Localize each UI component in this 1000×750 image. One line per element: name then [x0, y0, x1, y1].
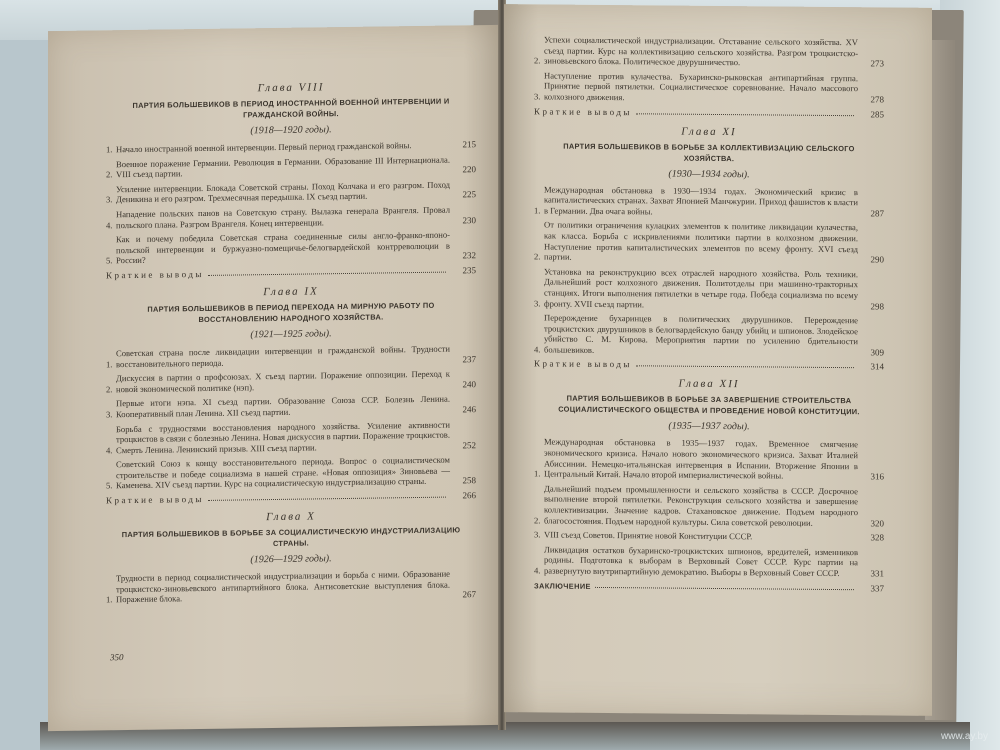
toc-summary: Краткие выводы285: [534, 106, 884, 119]
chapter-label: Глава IX: [106, 283, 476, 300]
right-page: 2.Успехи социалистической индустриализац…: [504, 4, 932, 716]
chapter-years: (1935—1937 годы).: [534, 420, 884, 434]
page-number: 225: [450, 190, 476, 201]
chapter-title: ПАРТИЯ БОЛЬШЕВИКОВ В БОРЬБЕ ЗА ЗАВЕРШЕНИ…: [544, 393, 874, 418]
left-page-contents: Глава VIII ПАРТИЯ БОЛЬШЕВИКОВ В ПЕРИОД И…: [106, 73, 476, 609]
toc-entry: 2.Дискуссия в партии о профсоюзах. X съе…: [106, 368, 476, 394]
chapter-x: Глава X ПАРТИЯ БОЛЬШЕВИКОВ В БОРЬБЕ ЗА С…: [106, 508, 476, 605]
toc-entry: 3.Первые итоги нэпа. XI съезд партии. Об…: [106, 393, 476, 419]
chapter-title: ПАРТИЯ БОЛЬШЕВИКОВ В ПЕРИОД ИНОСТРАННОЙ …: [116, 95, 466, 122]
toc-summary: Краткие выводы266: [106, 490, 476, 505]
page-number: 267: [450, 589, 476, 600]
page-folio: 350: [110, 652, 124, 662]
page-number: 337: [858, 583, 884, 593]
toc-entry: 1.Международная обстановка в 1930—1934 г…: [534, 184, 884, 219]
page-number: 235: [450, 265, 476, 275]
page-number: 285: [858, 109, 884, 119]
page-number: 258: [450, 476, 476, 487]
dot-leader: [595, 587, 854, 590]
page-number: 314: [858, 362, 884, 372]
toc-entry: 5.Как и почему победила Советская страна…: [106, 229, 476, 266]
right-page-contents: 2.Успехи социалистической индустриализац…: [534, 34, 884, 601]
chapter-label: Глава XII: [534, 377, 884, 392]
toc-entry: 2.От политики ограничения кулацких элеме…: [534, 220, 884, 265]
toc-entry: 4.Ликвидация остатков бухаринско-троцкис…: [534, 544, 884, 579]
chapter-title: ПАРТИЯ БОЛЬШЕВИКОВ В БОРЬБЕ ЗА КОЛЛЕКТИВ…: [544, 140, 874, 165]
chapter-years: (1918—1920 годы).: [106, 122, 476, 138]
chapter-title: ПАРТИЯ БОЛЬШЕВИКОВ В БОРЬБЕ ЗА СОЦИАЛИСТ…: [116, 524, 466, 551]
dot-leader: [636, 113, 854, 116]
chapter-years: (1926—1929 годы).: [106, 551, 476, 567]
toc-entry: 4.Борьба с трудностями восстановления на…: [106, 419, 476, 456]
page-number: 240: [450, 379, 476, 390]
toc-entry: 1.Советская страна после ликвидации инте…: [106, 343, 476, 369]
page-number: 215: [450, 139, 476, 150]
chapter-label: Глава XI: [534, 124, 884, 139]
page-number: 278: [858, 94, 884, 105]
toc-entry: 2.Дальнейший подъем промышленности и сел…: [534, 483, 884, 528]
toc-entry: 1.Начало иностранной военной интервенции…: [106, 139, 476, 155]
page-number: 252: [450, 440, 476, 451]
chapter-label: Глава X: [106, 508, 476, 525]
toc-entry: 3.Усиление интервенции. Блокада Советско…: [106, 179, 476, 205]
dot-leader: [208, 272, 446, 276]
left-page: Глава VIII ПАРТИЯ БОЛЬШЕВИКОВ В ПЕРИОД И…: [48, 25, 500, 731]
page-number: 266: [450, 490, 476, 500]
chapter-label: Глава VIII: [106, 79, 476, 96]
dot-leader: [208, 497, 446, 501]
chapter-years: (1930—1934 годы).: [534, 167, 884, 181]
toc-entry: 2.Военное поражение Германии. Революция …: [106, 154, 476, 180]
page-number: 316: [858, 471, 884, 482]
toc-entry: 2.Успехи социалистической индустриализац…: [534, 34, 884, 69]
page-number: 287: [858, 208, 884, 219]
toc-entry: 3.VIII съезд Советов. Принятие новой Кон…: [534, 530, 884, 544]
toc-entry: 3.Наступление против кулачества. Бухарин…: [534, 70, 884, 105]
chapter-ix: Глава IX ПАРТИЯ БОЛЬШЕВИКОВ В ПЕРИОД ПЕР…: [106, 283, 476, 505]
page-number: 331: [858, 568, 884, 579]
chapter-viii: Глава VIII ПАРТИЯ БОЛЬШЕВИКОВ В ПЕРИОД И…: [106, 79, 476, 280]
toc-entry: 4.Перерождение бухаринцев в политических…: [534, 312, 884, 357]
chapter-years: (1921—1925 годы).: [106, 326, 476, 342]
toc-entry: 5.Советский Союз к концу восстановительн…: [106, 454, 476, 491]
page-number: 320: [858, 518, 884, 529]
page-number: 230: [450, 215, 476, 226]
toc-summary: Краткие выводы235: [106, 265, 476, 280]
toc-entry: 4.Нападение польских панов на Советскую …: [106, 204, 476, 230]
page-number: 220: [450, 164, 476, 175]
watermark: www.ay.by: [941, 731, 988, 742]
page-number: 273: [858, 58, 884, 69]
page-number: 298: [858, 301, 884, 312]
chapter-xii: Глава XII ПАРТИЯ БОЛЬШЕВИКОВ В БОРЬБЕ ЗА…: [534, 377, 884, 579]
page-number: 246: [450, 404, 476, 415]
toc-entry: 1.Международная обстановка в 1935—1937 г…: [534, 437, 884, 482]
page-number: 328: [858, 532, 884, 543]
page-number: 237: [450, 354, 476, 365]
toc-conclusion: ЗАКЛЮЧЕНИЕ337: [534, 580, 884, 593]
page-number: 290: [858, 254, 884, 265]
toc-summary: Краткие выводы314: [534, 359, 884, 372]
page-number: 232: [450, 251, 476, 262]
page-number: 309: [858, 347, 884, 358]
chapter-title: ПАРТИЯ БОЛЬШЕВИКОВ В ПЕРИОД ПЕРЕХОДА НА …: [116, 299, 466, 326]
toc-entry: 3.Установка на реконструкцию всех отрасл…: [534, 266, 884, 311]
toc-entry: 1.Трудности в период социалистической ин…: [106, 568, 476, 605]
dot-leader: [636, 366, 854, 369]
chapter-xi: Глава XI ПАРТИЯ БОЛЬШЕВИКОВ В БОРЬБЕ ЗА …: [534, 124, 884, 372]
